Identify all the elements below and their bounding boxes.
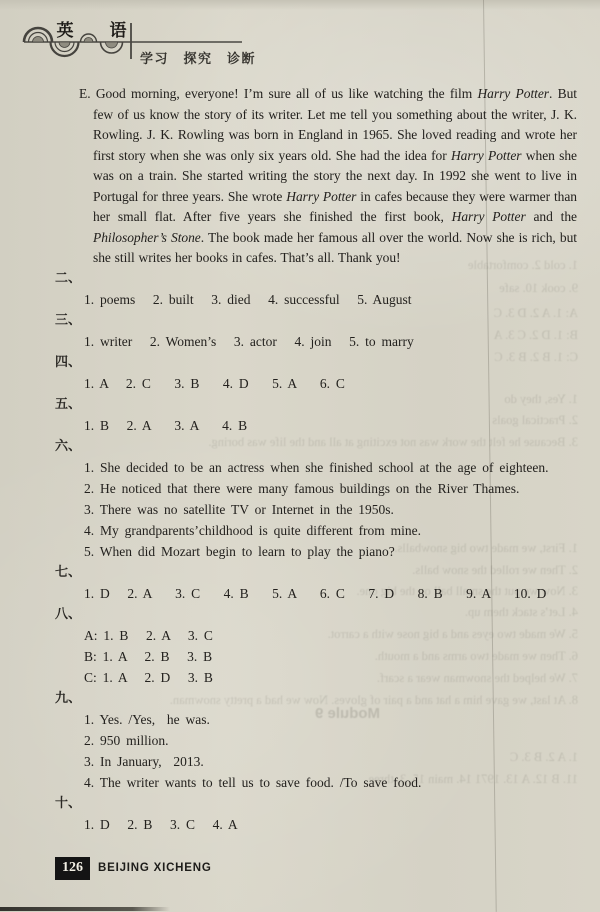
logo-char-yu: 语 — [110, 20, 127, 41]
scan-top-edge — [0, 0, 600, 10]
logo-char-ying: 英 — [57, 21, 74, 41]
passage-segment: Good morning, everyone! I’m sure all of … — [96, 86, 478, 101]
book-title-italic: Harry Potter — [452, 209, 526, 224]
book-title-italic: Harry Potter — [286, 189, 356, 204]
passage-segment: and the — [526, 209, 577, 224]
answer-line: 1. writer 2. Women’s 3. actor 4. join 5.… — [0, 331, 560, 352]
brand-tagline: 学习 探究 诊断 — [140, 48, 256, 67]
section-marker: 三、 — [0, 310, 560, 331]
section-marker: 十、 — [0, 793, 560, 814]
section-marker: 四、 — [0, 352, 560, 373]
answer-line: 4. The writer wants to tell us to save f… — [0, 772, 560, 793]
answer-line: 1. B 2. A 3. A 4. B — [0, 415, 560, 436]
answer-line: 1. She decided to be an actress when she… — [0, 457, 560, 478]
answer-line: 5. When did Mozart begin to learn to pla… — [0, 541, 560, 562]
answer-line: C: 1. A 2. D 3. B — [0, 667, 560, 688]
publisher-name: BEIJING XICHENG — [98, 862, 212, 874]
answer-line: 1. D 2. A 3. C 4. B 5. A 6. C 7. D 8. B … — [0, 583, 560, 604]
answer-line: 2. 950 million. — [0, 730, 560, 751]
book-title-italic: Harry Potter — [477, 86, 549, 101]
wave-disc — [59, 42, 70, 48]
wave-disc — [84, 38, 93, 42]
answer-line: 2. He noticed that there were many famou… — [0, 478, 560, 499]
page-number-badge: 126 — [55, 857, 90, 880]
passage-label: E. — [79, 86, 91, 101]
answer-line: 1. A 2. C 3. B 4. D 5. A 6. C — [0, 373, 560, 394]
section-marker: 七、 — [0, 562, 560, 583]
answer-line: 4. My grandparents’childhood is quite di… — [0, 520, 560, 541]
scanned-workbook-page: 1. cold 2. comfortable9. cook 10. safeA:… — [0, 0, 600, 912]
listening-passage: E. Good morning, everyone! I’m sure all … — [79, 84, 577, 269]
book-title-italic: Harry Potter — [451, 148, 522, 163]
book-title-italic: Philosopher’s Stone — [93, 230, 201, 245]
answer-sections: 二、1. poems 2. built 3. died 4. successfu… — [0, 268, 560, 835]
answer-line: 1. poems 2. built 3. died 4. successful … — [0, 289, 560, 310]
section-marker: 九、 — [0, 688, 560, 709]
wave-disc — [33, 37, 44, 43]
section-marker: 二、 — [0, 268, 560, 289]
scan-bottom-edge — [0, 907, 170, 911]
answer-line: B: 1. A 2. B 3. B — [0, 646, 560, 667]
answer-line: 1. Yes. /Yes, he was. — [0, 709, 560, 730]
answer-line: 3. In January, 2013. — [0, 751, 560, 772]
page-footer: 126 BEIJING XICHENG — [55, 856, 212, 880]
section-marker: 六、 — [0, 436, 560, 457]
page-header: 英 语 学习 探究 诊断 — [18, 16, 278, 78]
answer-line: 1. D 2. B 3. C 4. A — [0, 814, 560, 835]
answer-line: A: 1. B 2. A 3. C — [0, 625, 560, 646]
wave-disc — [106, 42, 118, 48]
section-marker: 八、 — [0, 604, 560, 625]
section-marker: 五、 — [0, 394, 560, 415]
answer-line: 3. There was no satellite TV or Internet… — [0, 499, 560, 520]
passage-text: Good morning, everyone! I’m sure all of … — [93, 86, 577, 265]
